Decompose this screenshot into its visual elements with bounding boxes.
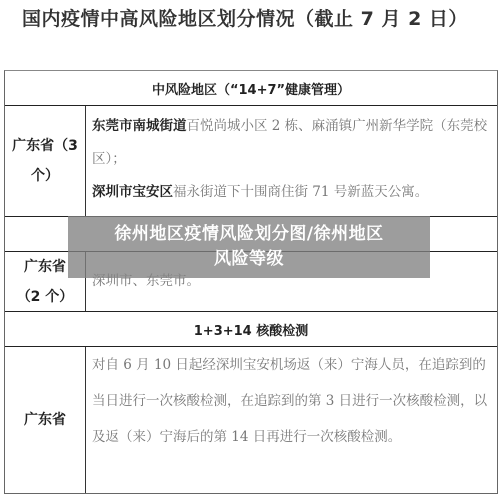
table-row: 广东省（3个） 东莞市南城街道百悦尚城小区 2 栋、麻涌镇广州新华学院（东莞校区… xyxy=(5,106,497,217)
area-content-cell: 东莞市南城街道百悦尚城小区 2 栋、麻涌镇广州新华学院（东莞校区）； 深圳市宝安… xyxy=(86,106,497,216)
area-name-bold: 深圳市宝安区 xyxy=(92,184,173,200)
area-name-bold: 东莞市南城街道 xyxy=(92,118,187,134)
policy-content-cell: 对自 6 月 10 日起经深圳宝安机场返（来）宁海人员，在追踪到的当日进行一次核… xyxy=(86,347,497,493)
section-header-medium-risk: 中风险地区（“14+7”健康管理） xyxy=(5,71,497,106)
province-label: 广东省（2 个） xyxy=(15,252,75,312)
caption-line-2: 风险等级 xyxy=(68,247,430,272)
section-header-nucleic-test: 1+3+14 核酸检测 xyxy=(5,312,497,347)
area-line: 东莞市南城街道百悦尚城小区 2 栋、麻涌镇广州新华学院（东莞校区）； xyxy=(92,110,493,176)
province-cell: 广东省 xyxy=(5,347,86,493)
table-row: 广东省 对自 6 月 10 日起经深圳宝安机场返（来）宁海人员，在追踪到的当日进… xyxy=(5,347,497,493)
province-cell: 广东省（3个） xyxy=(5,106,86,216)
caption-line-1: 徐州地区疫情风险划分图/徐州地区 xyxy=(68,222,430,247)
province-label: 广东省 xyxy=(24,405,66,435)
risk-area-table: 中风险地区（“14+7”健康管理） 广东省（3个） 东莞市南城街道百悦尚城小区 … xyxy=(4,70,498,494)
caption-overlay: 徐州地区疫情风险划分图/徐州地区 风险等级 xyxy=(68,216,430,278)
page-title: 国内疫情中高风险地区划分情况（截止 7 月 2 日） xyxy=(22,4,468,31)
area-detail: 福永街道下十围商住街 71 号新蓝天公寓。 xyxy=(173,184,428,200)
area-line: 深圳市宝安区福永街道下十围商住街 71 号新蓝天公寓。 xyxy=(92,176,493,209)
province-label: 广东省（3个） xyxy=(5,131,85,191)
policy-text: 对自 6 月 10 日起经深圳宝安机场返（来）宁海人员，在追踪到的当日进行一次核… xyxy=(92,347,493,455)
